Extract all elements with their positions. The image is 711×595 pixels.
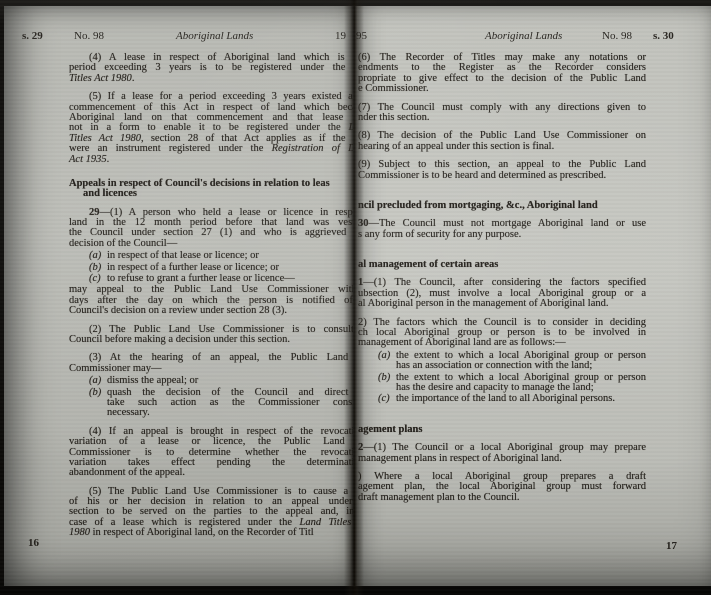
list-group: (a)the extent to which a local Aborigina…: [358, 351, 646, 405]
text-segment: to refuse to grant a further lease or li…: [107, 273, 295, 284]
text-line: in respect of that lease or licence; or: [107, 251, 353, 261]
paragraph: (7) The Council must comply with any dir…: [358, 103, 646, 124]
text-segment: period exceeding 3 years is to be regist…: [69, 62, 353, 73]
text-segment: (4) A lease in respect of Aboriginal lan…: [89, 52, 353, 63]
left-page: s. 29 No. 98 Aboriginal Lands 19 (4) A l…: [4, 6, 353, 586]
text-segment: 1980: [69, 527, 90, 538]
section-ref: s. 29: [22, 30, 43, 42]
page-number: 16: [28, 537, 39, 549]
text-line: 1980 in respect of Aboriginal land, on t…: [69, 528, 353, 538]
list-item: (a)the extent to which a local Aborigina…: [358, 351, 646, 372]
text-line: the importance of the land to all Aborig…: [396, 394, 646, 404]
text-line: necessary.: [107, 408, 353, 418]
text-line: and licences: [69, 189, 353, 199]
text-line: Commissioner is to be heard and determin…: [358, 171, 646, 181]
text-line: were an instrument registered under the …: [69, 144, 353, 154]
text-segment: (2) The Public Land Use Commissioner is …: [89, 324, 353, 335]
text-segment: Registration of Dee: [272, 143, 353, 154]
act-title: Aboriginal Lands: [485, 30, 562, 42]
text-segment: the Council under section 27 (1) and who…: [69, 227, 353, 238]
list-item: (a)in respect of that lease or licence; …: [69, 251, 353, 261]
paragraph: (5) The Public Land Use Commissioner is …: [69, 487, 353, 539]
text-segment: Commissioner is to be heard and determin…: [358, 170, 606, 181]
text-segment: agement plans: [358, 424, 422, 435]
text-line: Council's decision on a review under sec…: [69, 306, 353, 316]
paragraph: (5) If a lease for a period exceeding 3 …: [69, 92, 353, 165]
list-item: (b)quash the decision of the Council and…: [69, 388, 353, 419]
text-segment: endments to the Register as the Recorder…: [358, 62, 646, 73]
text-segment: has the desire and capacity to manage th…: [396, 382, 594, 393]
text-segment: (8) The decision of the Public Land Use …: [358, 130, 646, 141]
text-line: decision of the Council—: [69, 239, 353, 249]
text-segment: has an association or connection with th…: [396, 360, 592, 371]
paragraph: (8) The decision of the Public Land Use …: [358, 131, 646, 152]
act-number: No. 98: [74, 30, 104, 42]
item-letter: (c): [378, 394, 390, 404]
text-line: in respect of a further lease or licence…: [107, 263, 353, 273]
text-line: has an association or connection with th…: [396, 361, 646, 371]
item-letter: (b): [89, 388, 101, 398]
item-letter: (c): [89, 274, 101, 284]
text-segment: not in a form to enable it to be registe…: [69, 122, 349, 133]
act-title: Aboriginal Lands: [176, 30, 253, 42]
text-line: al management of certain areas: [358, 260, 646, 270]
text-segment: were an instrument registered under the: [69, 143, 272, 154]
text-segment: nder this section.: [358, 112, 429, 123]
text-line: management plans in respect of Aborigina…: [358, 454, 646, 464]
text-segment: of his or her decision in relation to an…: [69, 496, 353, 507]
paragraph: 1—(1) The Council, after considering the…: [358, 278, 646, 309]
item-letter: (a): [89, 251, 101, 261]
text-segment: and licences: [83, 188, 137, 199]
text-segment: management plans in respect of Aborigina…: [358, 453, 562, 464]
text-line: abandonment of the appeal.: [69, 468, 353, 478]
text-segment: Appeals in respect of Council's decision…: [69, 178, 330, 189]
text-segment: the extent to which a local Aboriginal g…: [396, 350, 646, 361]
text-segment: (3) At the hearing of an appeal, the Pub…: [89, 352, 353, 363]
text-segment: —The Council must not mortgage Aborigina…: [369, 218, 647, 229]
text-segment: al Aboriginal person in the management o…: [358, 298, 608, 309]
text-segment: (7) The Council must comply with any dir…: [358, 102, 646, 113]
text-line: has the desire and capacity to manage th…: [396, 383, 646, 393]
text-segment: (6) The Recorder of Titles may make any …: [358, 52, 646, 63]
section-heading: agement plans: [358, 425, 646, 435]
text-segment: 30: [358, 218, 369, 229]
paragraph: may appeal to the Public Land Use Commis…: [69, 285, 353, 316]
act-year: 95: [356, 30, 367, 42]
text-segment: necessary.: [107, 407, 150, 418]
text-segment: draft management plan to the Council.: [358, 492, 520, 503]
act-number: No. 98: [602, 30, 632, 42]
text-segment: hearing of an appeal under this section …: [358, 141, 554, 152]
text-line: hearing of an appeal under this section …: [358, 142, 646, 152]
section-ref: s. 30: [653, 30, 674, 42]
text-segment: variation of a lease or licence, the Pub…: [69, 436, 353, 447]
text-segment: e Commissioner.: [358, 83, 429, 94]
text-line: Act 1935.: [69, 155, 353, 165]
section-heading: Appeals in respect of Council's decision…: [69, 179, 353, 200]
section-heading: ncil precluded from mortgaging, &c., Abo…: [358, 201, 646, 211]
text-line: to refuse to grant a further lease or li…: [107, 274, 353, 284]
text-segment: Titles Act 1980: [69, 73, 132, 84]
paragraph: 30—The Council must not mortgage Aborigi…: [358, 219, 646, 240]
paragraph: (3) At the hearing of an appeal, the Pub…: [69, 353, 353, 374]
text-segment: may appeal to the Public Land Use Commis…: [69, 284, 353, 295]
paragraph: (4) A lease in respect of Aboriginal lan…: [69, 53, 353, 84]
right-page: 95 Aboriginal Lands No. 98 s. 30 (6) The…: [353, 6, 711, 586]
text-line: s any form of security for any purpose.: [358, 230, 646, 240]
item-letter: (a): [89, 376, 101, 386]
text-segment: Council before making a decision under t…: [69, 334, 290, 345]
text-segment: Commissioner may—: [69, 363, 161, 374]
text-segment: —(1) The Council or a local Aboriginal g…: [363, 442, 646, 453]
text-line: e Commissioner.: [358, 84, 646, 94]
text-segment: the importance of the land to all Aborig…: [396, 393, 615, 404]
item-letter: (b): [378, 373, 390, 383]
text-segment: in respect of that lease or licence; or: [107, 250, 259, 261]
text-segment: al management of certain areas: [358, 259, 498, 270]
running-header-right: 95 Aboriginal Lands No. 98 s. 30: [353, 30, 711, 44]
text-segment: .: [107, 154, 110, 165]
text-line: draft management plan to the Council.: [358, 493, 646, 503]
text-segment: (5) If a lease for a period exceeding 3 …: [89, 91, 353, 102]
text-segment: 2) The factors which the Council is to c…: [358, 317, 646, 328]
book-photo: s. 29 No. 98 Aboriginal Lands 19 (4) A l…: [0, 0, 711, 595]
list-item: (c)the importance of the land to all Abo…: [358, 394, 646, 404]
list-item: (b)the extent to which a local Aborigina…: [358, 373, 646, 394]
section-heading: al management of certain areas: [358, 260, 646, 270]
list-item: (a)dismiss the appeal; or: [69, 376, 353, 386]
text-segment: s any form of security for any purpose.: [358, 229, 521, 240]
text-line: Council before making a decision under t…: [69, 335, 353, 345]
text-segment: ncil precluded from mortgaging, &c., Abo…: [358, 200, 598, 211]
text-segment: Council's decision on a review under sec…: [69, 305, 287, 316]
text-segment: in respect of Aboriginal land, on the Re…: [90, 527, 314, 538]
list-group: (a)dismiss the appeal; or(b)quash the de…: [69, 376, 353, 419]
act-year: 19: [335, 30, 346, 42]
list-group: (a)in respect of that lease or licence; …: [69, 251, 353, 284]
paragraph: (4) If an appeal is brought in respect o…: [69, 427, 353, 479]
paragraph: (2) The Public Land Use Commissioner is …: [69, 325, 353, 346]
paragraph: (6) The Recorder of Titles may make any …: [358, 53, 646, 95]
text-segment: propriate to give effect to the decision…: [358, 73, 646, 84]
running-header-left: s. 29 No. 98 Aboriginal Lands 19: [4, 30, 353, 44]
text-segment: abandonment of the appeal.: [69, 467, 185, 478]
text-line: management of Aboriginal land are as fol…: [358, 338, 646, 348]
text-segment: the extent to which a local Aboriginal g…: [396, 372, 646, 383]
text-line: nder this section.: [358, 113, 646, 123]
text-segment: commencement of this Act in respect of l…: [69, 102, 353, 113]
page-body: (6) The Recorder of Titles may make any …: [358, 53, 646, 503]
text-line: ncil precluded from mortgaging, &c., Abo…: [358, 201, 646, 211]
text-segment: in respect of a further lease or licence…: [107, 262, 279, 273]
paragraph: ) Where a local Aboriginal group prepare…: [358, 472, 646, 503]
paragraph: (9) Subject to this section, an appeal t…: [358, 160, 646, 181]
text-segment: —(1) The Council, after considering the …: [363, 277, 646, 288]
text-segment: .: [132, 73, 135, 84]
page-body: (4) A lease in respect of Aboriginal lan…: [69, 53, 353, 539]
paragraph: 2—(1) The Council or a local Aboriginal …: [358, 443, 646, 464]
text-line: Titles Act 1980.: [69, 74, 353, 84]
text-segment: section to be served on the parties to t…: [69, 506, 353, 517]
list-item: (c)to refuse to grant a further lease or…: [69, 274, 353, 284]
list-item: (b)in respect of a further lease or lice…: [69, 263, 353, 273]
item-letter: (b): [89, 263, 101, 273]
page-number: 17: [666, 540, 677, 552]
text-segment: (9) Subject to this section, an appeal t…: [358, 159, 646, 170]
text-segment: Commissioner is to determine whether the…: [69, 447, 353, 458]
text-line: agement plans: [358, 425, 646, 435]
text-segment: quash the decision of the Council and di…: [107, 387, 353, 398]
text-line: Commissioner may—: [69, 364, 353, 374]
text-segment: decision of the Council—: [69, 238, 177, 249]
text-segment: Act 1935: [69, 154, 107, 165]
item-letter: (a): [378, 351, 390, 361]
paragraph: 2) The factors which the Council is to c…: [358, 318, 646, 349]
paragraph: 29—(1) A person who held a lease or lice…: [69, 208, 353, 250]
text-segment: dismiss the appeal; or: [107, 375, 198, 386]
text-segment: take such action as the Commissioner con…: [107, 397, 353, 408]
text-line: dismiss the appeal; or: [107, 376, 353, 386]
text-segment: management of Aboriginal land are as fol…: [358, 337, 566, 348]
text-segment: agement plan, the local Aboriginal group…: [358, 481, 646, 492]
text-line: al Aboriginal person in the management o…: [358, 299, 646, 309]
